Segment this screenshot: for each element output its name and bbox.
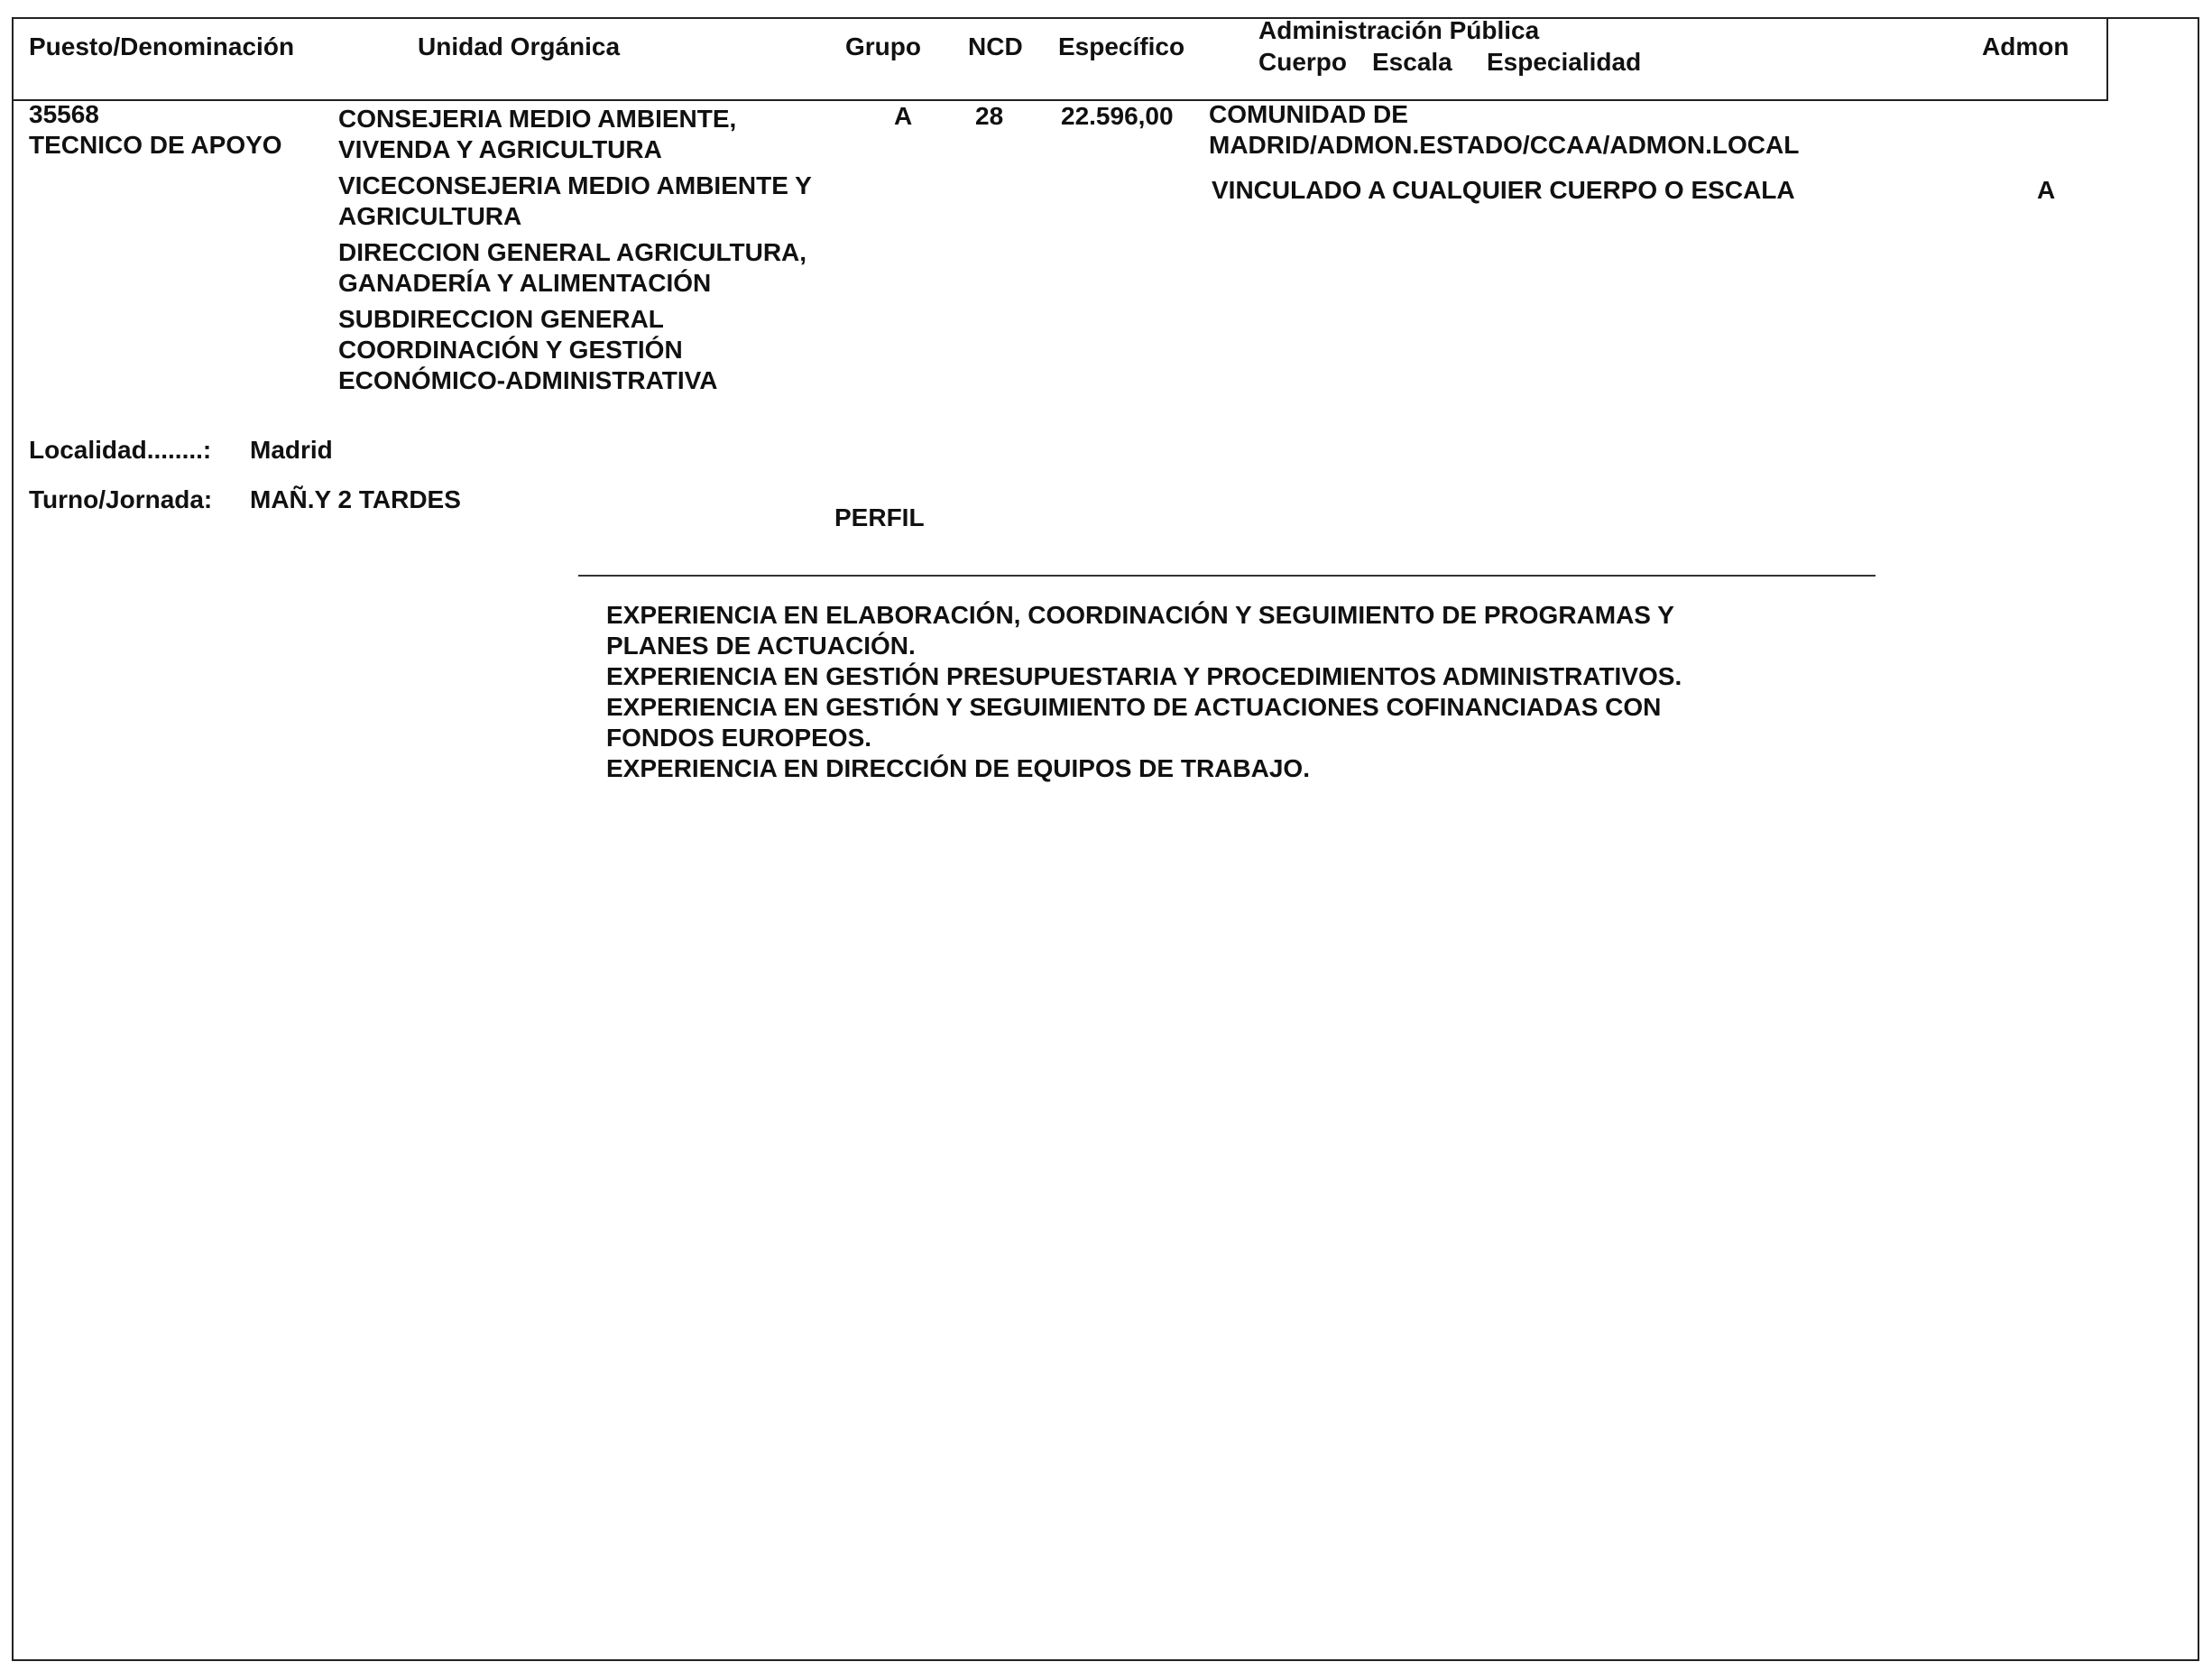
unidad-level-4: SUBDIRECCION GENERAL COORDINACIÓN Y GEST…: [338, 304, 812, 396]
localidad-value: Madrid: [250, 435, 333, 466]
perfil-title: PERFIL: [834, 503, 925, 533]
col-header-puesto: Puesto/Denominación: [29, 32, 294, 61]
unidad-level-3: DIRECCION GENERAL AGRICULTURA, GANADERÍA…: [338, 237, 812, 299]
col-header-ncd: NCD: [968, 32, 1023, 61]
record-especifico: 22.596,00: [1061, 101, 1174, 132]
turno-value: MAÑ.Y 2 TARDES: [250, 485, 461, 515]
record-grupo: A: [894, 101, 912, 132]
col-header-grupo: Grupo: [845, 32, 921, 61]
puesto-denominacion: TECNICO DE APOYO: [29, 130, 282, 161]
col-header-escala: Escala: [1372, 48, 1452, 77]
col-header-admon: Admon: [1982, 32, 2069, 61]
perfil-divider: [578, 575, 1876, 577]
record-puesto: 35568 TECNICO DE APOYO: [29, 99, 282, 161]
localidad-label: Localidad........:: [29, 435, 211, 466]
record-administracion: COMUNIDAD DE MADRID/ADMON.ESTADO/CCAA/AD…: [1209, 99, 1799, 161]
unidad-organica: CONSEJERIA MEDIO AMBIENTE, VIVENDA Y AGR…: [338, 104, 812, 402]
perfil-content: EXPERIENCIA EN ELABORACIÓN, COORDINACIÓN…: [606, 600, 1682, 784]
col-header-unidad: Unidad Orgánica: [418, 32, 620, 61]
record-cuerpo-escala: VINCULADO A CUALQUIER CUERPO O ESCALA: [1212, 175, 1795, 206]
col-header-cuerpo: Cuerpo: [1258, 48, 1347, 77]
col-header-especialidad: Especialidad: [1487, 48, 1641, 77]
puesto-codigo: 35568: [29, 99, 282, 130]
record-ncd: 28: [975, 101, 1003, 132]
record-admon: A: [2037, 175, 2055, 206]
unidad-level-1: CONSEJERIA MEDIO AMBIENTE, VIVENDA Y AGR…: [338, 104, 812, 165]
unidad-level-2: VICECONSEJERIA MEDIO AMBIENTE Y AGRICULT…: [338, 171, 812, 232]
col-header-admin-publica: Administración Pública: [1258, 16, 1539, 45]
col-header-especifico: Específico: [1058, 32, 1184, 61]
turno-label: Turno/Jornada:: [29, 485, 212, 515]
